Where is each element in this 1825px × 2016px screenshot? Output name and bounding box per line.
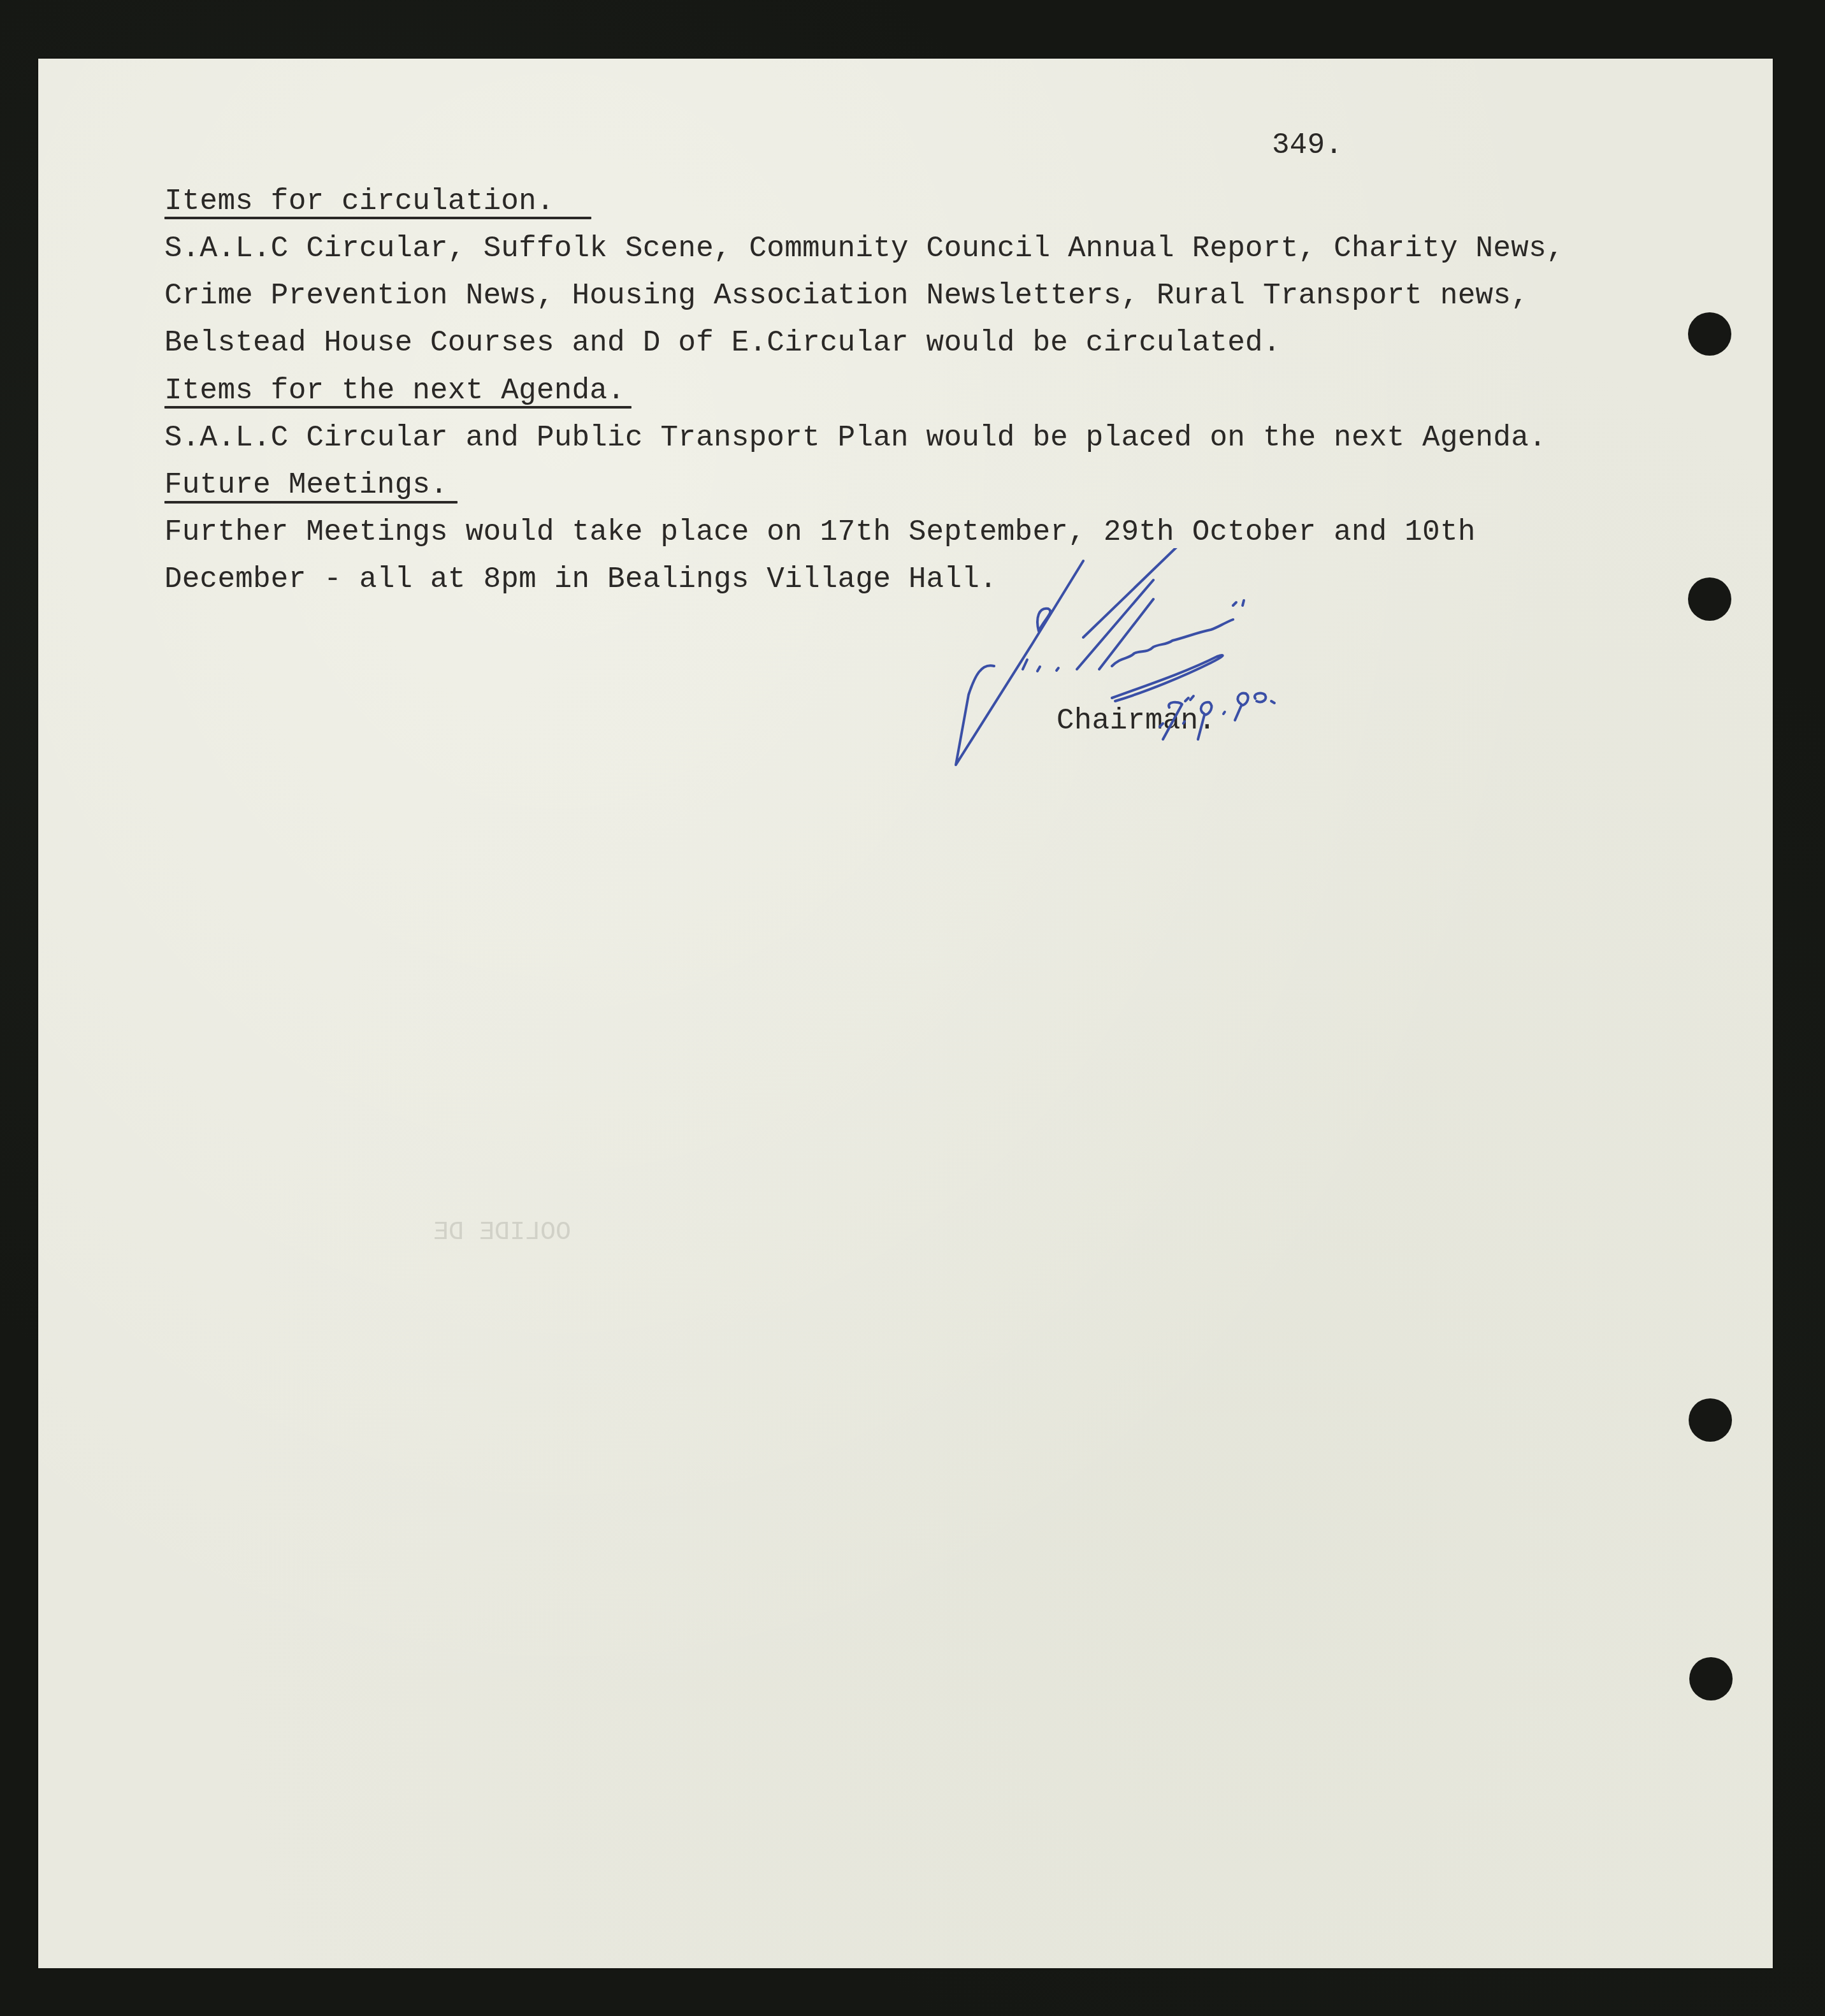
binder-hole	[1688, 312, 1731, 356]
body-line: Further Meetings would take place on 17t…	[164, 518, 1476, 547]
page-number: 349.	[1272, 131, 1343, 160]
binder-hole	[1689, 1398, 1732, 1442]
binder-hole	[1688, 577, 1731, 621]
heading-underline	[164, 217, 591, 219]
section-heading-next-agenda: Items for the next Agenda.	[164, 376, 625, 405]
handwritten-signature-icon	[943, 548, 1504, 778]
section-heading-circulation: Items for circulation.	[164, 187, 554, 216]
heading-underline	[164, 501, 458, 504]
body-line: S.A.L.C Circular and Public Transport Pl…	[164, 423, 1547, 453]
body-line: Belstead House Courses and D of E.Circul…	[164, 328, 1281, 358]
binder-hole	[1689, 1657, 1733, 1701]
body-line: Crime Prevention News, Housing Associati…	[164, 281, 1529, 310]
bleed-through-text: OOLIDE DE	[433, 1219, 571, 1247]
body-line: December - all at 8pm in Bealings Villag…	[164, 565, 997, 594]
section-heading-future-meetings: Future Meetings.	[164, 470, 448, 500]
body-line: S.A.L.C Circular, Suffolk Scene, Communi…	[164, 234, 1564, 263]
heading-underline	[164, 406, 631, 409]
